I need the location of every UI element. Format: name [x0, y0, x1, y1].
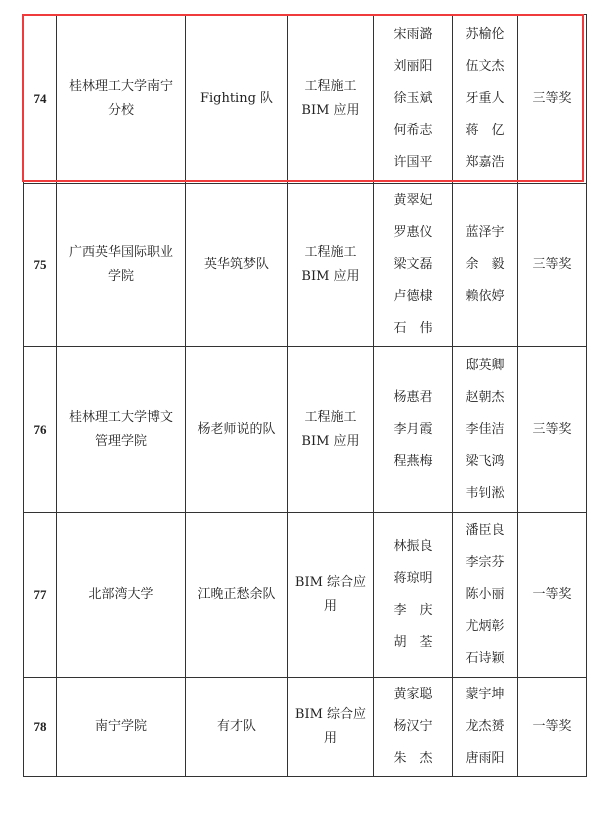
cell-line: 卢德棣 [374, 281, 452, 313]
members-a-cell: 杨惠君李月霞程燕梅 [374, 347, 453, 513]
team-cell: Fighting 队 [186, 15, 288, 184]
cell-line: 朱 杰 [374, 743, 452, 775]
cell-line: 黄翠妃 [374, 185, 452, 217]
cell-line: 蒙宇坤 [453, 679, 517, 711]
table-row: 74桂林理工大学南宁分校Fighting 队工程施工BIM 应用宋雨潞刘丽阳徐玉… [24, 15, 587, 184]
members-a-cell: 宋雨潞刘丽阳徐玉斌何希志许国平 [374, 15, 453, 184]
award-cell: 一等奖 [518, 678, 587, 777]
cell-line: 刘丽阳 [374, 51, 452, 83]
cell-line: 桂林理工大学南宁 [57, 75, 185, 99]
cell-line: 黄家聪 [374, 679, 452, 711]
cell-line: 牙重人 [453, 83, 517, 115]
cell-line: BIM 应用 [288, 430, 373, 454]
table-row: 75广西英华国际职业学院英华筑梦队工程施工BIM 应用黄翠妃罗惠仪梁文磊卢德棣石… [24, 184, 587, 347]
cell-line: BIM 应用 [288, 99, 373, 123]
members-b-cell: 潘臣良李宗芬陈小丽尤炳彰石诗颖 [453, 513, 518, 678]
cell-line: 李 庆 [374, 595, 452, 627]
awards-table: 74桂林理工大学南宁分校Fighting 队工程施工BIM 应用宋雨潞刘丽阳徐玉… [23, 14, 587, 777]
cell-line: 徐玉斌 [374, 83, 452, 115]
cell-line: 胡 荃 [374, 627, 452, 659]
cell-line: 宋雨潞 [374, 19, 452, 51]
award-cell: 三等奖 [518, 15, 587, 184]
cell-line: 赵朝杰 [453, 382, 517, 414]
category-cell: BIM 综合应用 [288, 513, 374, 678]
members-b-cell: 苏榆伦伍文杰牙重人蒋 亿郑嘉浩 [453, 15, 518, 184]
cell-line: 郑嘉浩 [453, 147, 517, 179]
cell-line: 龙杰赟 [453, 711, 517, 743]
category-cell: 工程施工BIM 应用 [288, 347, 374, 513]
cell-line: 林振良 [374, 531, 452, 563]
cell-line: 许国平 [374, 147, 452, 179]
award-cell: 三等奖 [518, 347, 587, 513]
cell-line: 韦钊淞 [453, 478, 517, 510]
school-cell: 桂林理工大学博文管理学院 [57, 347, 186, 513]
members-b-cell: 蒙宇坤龙杰赟唐雨阳 [453, 678, 518, 777]
cell-line: 用 [288, 595, 373, 619]
cell-line: 梁文磊 [374, 249, 452, 281]
cell-line: 苏榆伦 [453, 19, 517, 51]
members-b-cell: 邸英卿赵朝杰李佳洁梁飞鸿韦钊淞 [453, 347, 518, 513]
cell-line: 李宗芬 [453, 547, 517, 579]
cell-line: 石诗颖 [453, 643, 517, 675]
cell-line: BIM 综合应 [288, 703, 373, 727]
table-row: 76桂林理工大学博文管理学院杨老师说的队工程施工BIM 应用杨惠君李月霞程燕梅邸… [24, 347, 587, 513]
cell-line: 李月霞 [374, 414, 452, 446]
school-cell: 广西英华国际职业学院 [57, 184, 186, 347]
cell-line: 用 [288, 727, 373, 751]
school-cell: 北部湾大学 [57, 513, 186, 678]
cell-line: 罗惠仪 [374, 217, 452, 249]
row-number: 77 [24, 513, 57, 678]
cell-line: 梁飞鸿 [453, 446, 517, 478]
cell-line: 陈小丽 [453, 579, 517, 611]
members-a-cell: 黄家聪杨汉宁朱 杰 [374, 678, 453, 777]
cell-line: 北部湾大学 [57, 583, 185, 607]
category-cell: 工程施工BIM 应用 [288, 184, 374, 347]
award-cell: 三等奖 [518, 184, 587, 347]
team-cell: 杨老师说的队 [186, 347, 288, 513]
cell-line: 石 伟 [374, 313, 452, 345]
members-b-cell: 蓝泽宇余 毅赖依婷 [453, 184, 518, 347]
cell-line: 蓝泽宇 [453, 217, 517, 249]
cell-line: 桂林理工大学博文 [57, 406, 185, 430]
cell-line: 学院 [57, 265, 185, 289]
cell-line: BIM 应用 [288, 265, 373, 289]
cell-line: 杨惠君 [374, 382, 452, 414]
cell-line: 广西英华国际职业 [57, 241, 185, 265]
cell-line: 潘臣良 [453, 515, 517, 547]
award-cell: 一等奖 [518, 513, 587, 678]
cell-line: 蒋琼明 [374, 563, 452, 595]
cell-line: 工程施工 [288, 75, 373, 99]
cell-line: 何希志 [374, 115, 452, 147]
cell-line: 分校 [57, 99, 185, 123]
row-number: 78 [24, 678, 57, 777]
school-cell: 桂林理工大学南宁分校 [57, 15, 186, 184]
cell-line: 邸英卿 [453, 350, 517, 382]
row-number: 75 [24, 184, 57, 347]
category-cell: BIM 综合应用 [288, 678, 374, 777]
table-row: 78南宁学院有才队BIM 综合应用黄家聪杨汉宁朱 杰蒙宇坤龙杰赟唐雨阳一等奖 [24, 678, 587, 777]
cell-line: 蒋 亿 [453, 115, 517, 147]
cell-line: 工程施工 [288, 406, 373, 430]
team-cell: 江晚正愁余队 [186, 513, 288, 678]
cell-line: 南宁学院 [57, 715, 185, 739]
cell-line: 余 毅 [453, 249, 517, 281]
members-a-cell: 黄翠妃罗惠仪梁文磊卢德棣石 伟 [374, 184, 453, 347]
cell-line: 尤炳彰 [453, 611, 517, 643]
team-cell: 英华筑梦队 [186, 184, 288, 347]
table-row: 77北部湾大学江晚正愁余队BIM 综合应用林振良蒋琼明李 庆胡 荃潘臣良李宗芬陈… [24, 513, 587, 678]
cell-line: 唐雨阳 [453, 743, 517, 775]
team-cell: 有才队 [186, 678, 288, 777]
cell-line: 程燕梅 [374, 446, 452, 478]
cell-line: 管理学院 [57, 430, 185, 454]
cell-line: 李佳洁 [453, 414, 517, 446]
school-cell: 南宁学院 [57, 678, 186, 777]
cell-line: 杨汉宁 [374, 711, 452, 743]
category-cell: 工程施工BIM 应用 [288, 15, 374, 184]
cell-line: 赖依婷 [453, 281, 517, 313]
cell-line: BIM 综合应 [288, 571, 373, 595]
cell-line: 伍文杰 [453, 51, 517, 83]
members-a-cell: 林振良蒋琼明李 庆胡 荃 [374, 513, 453, 678]
row-number: 76 [24, 347, 57, 513]
cell-line: 工程施工 [288, 241, 373, 265]
row-number: 74 [24, 15, 57, 184]
